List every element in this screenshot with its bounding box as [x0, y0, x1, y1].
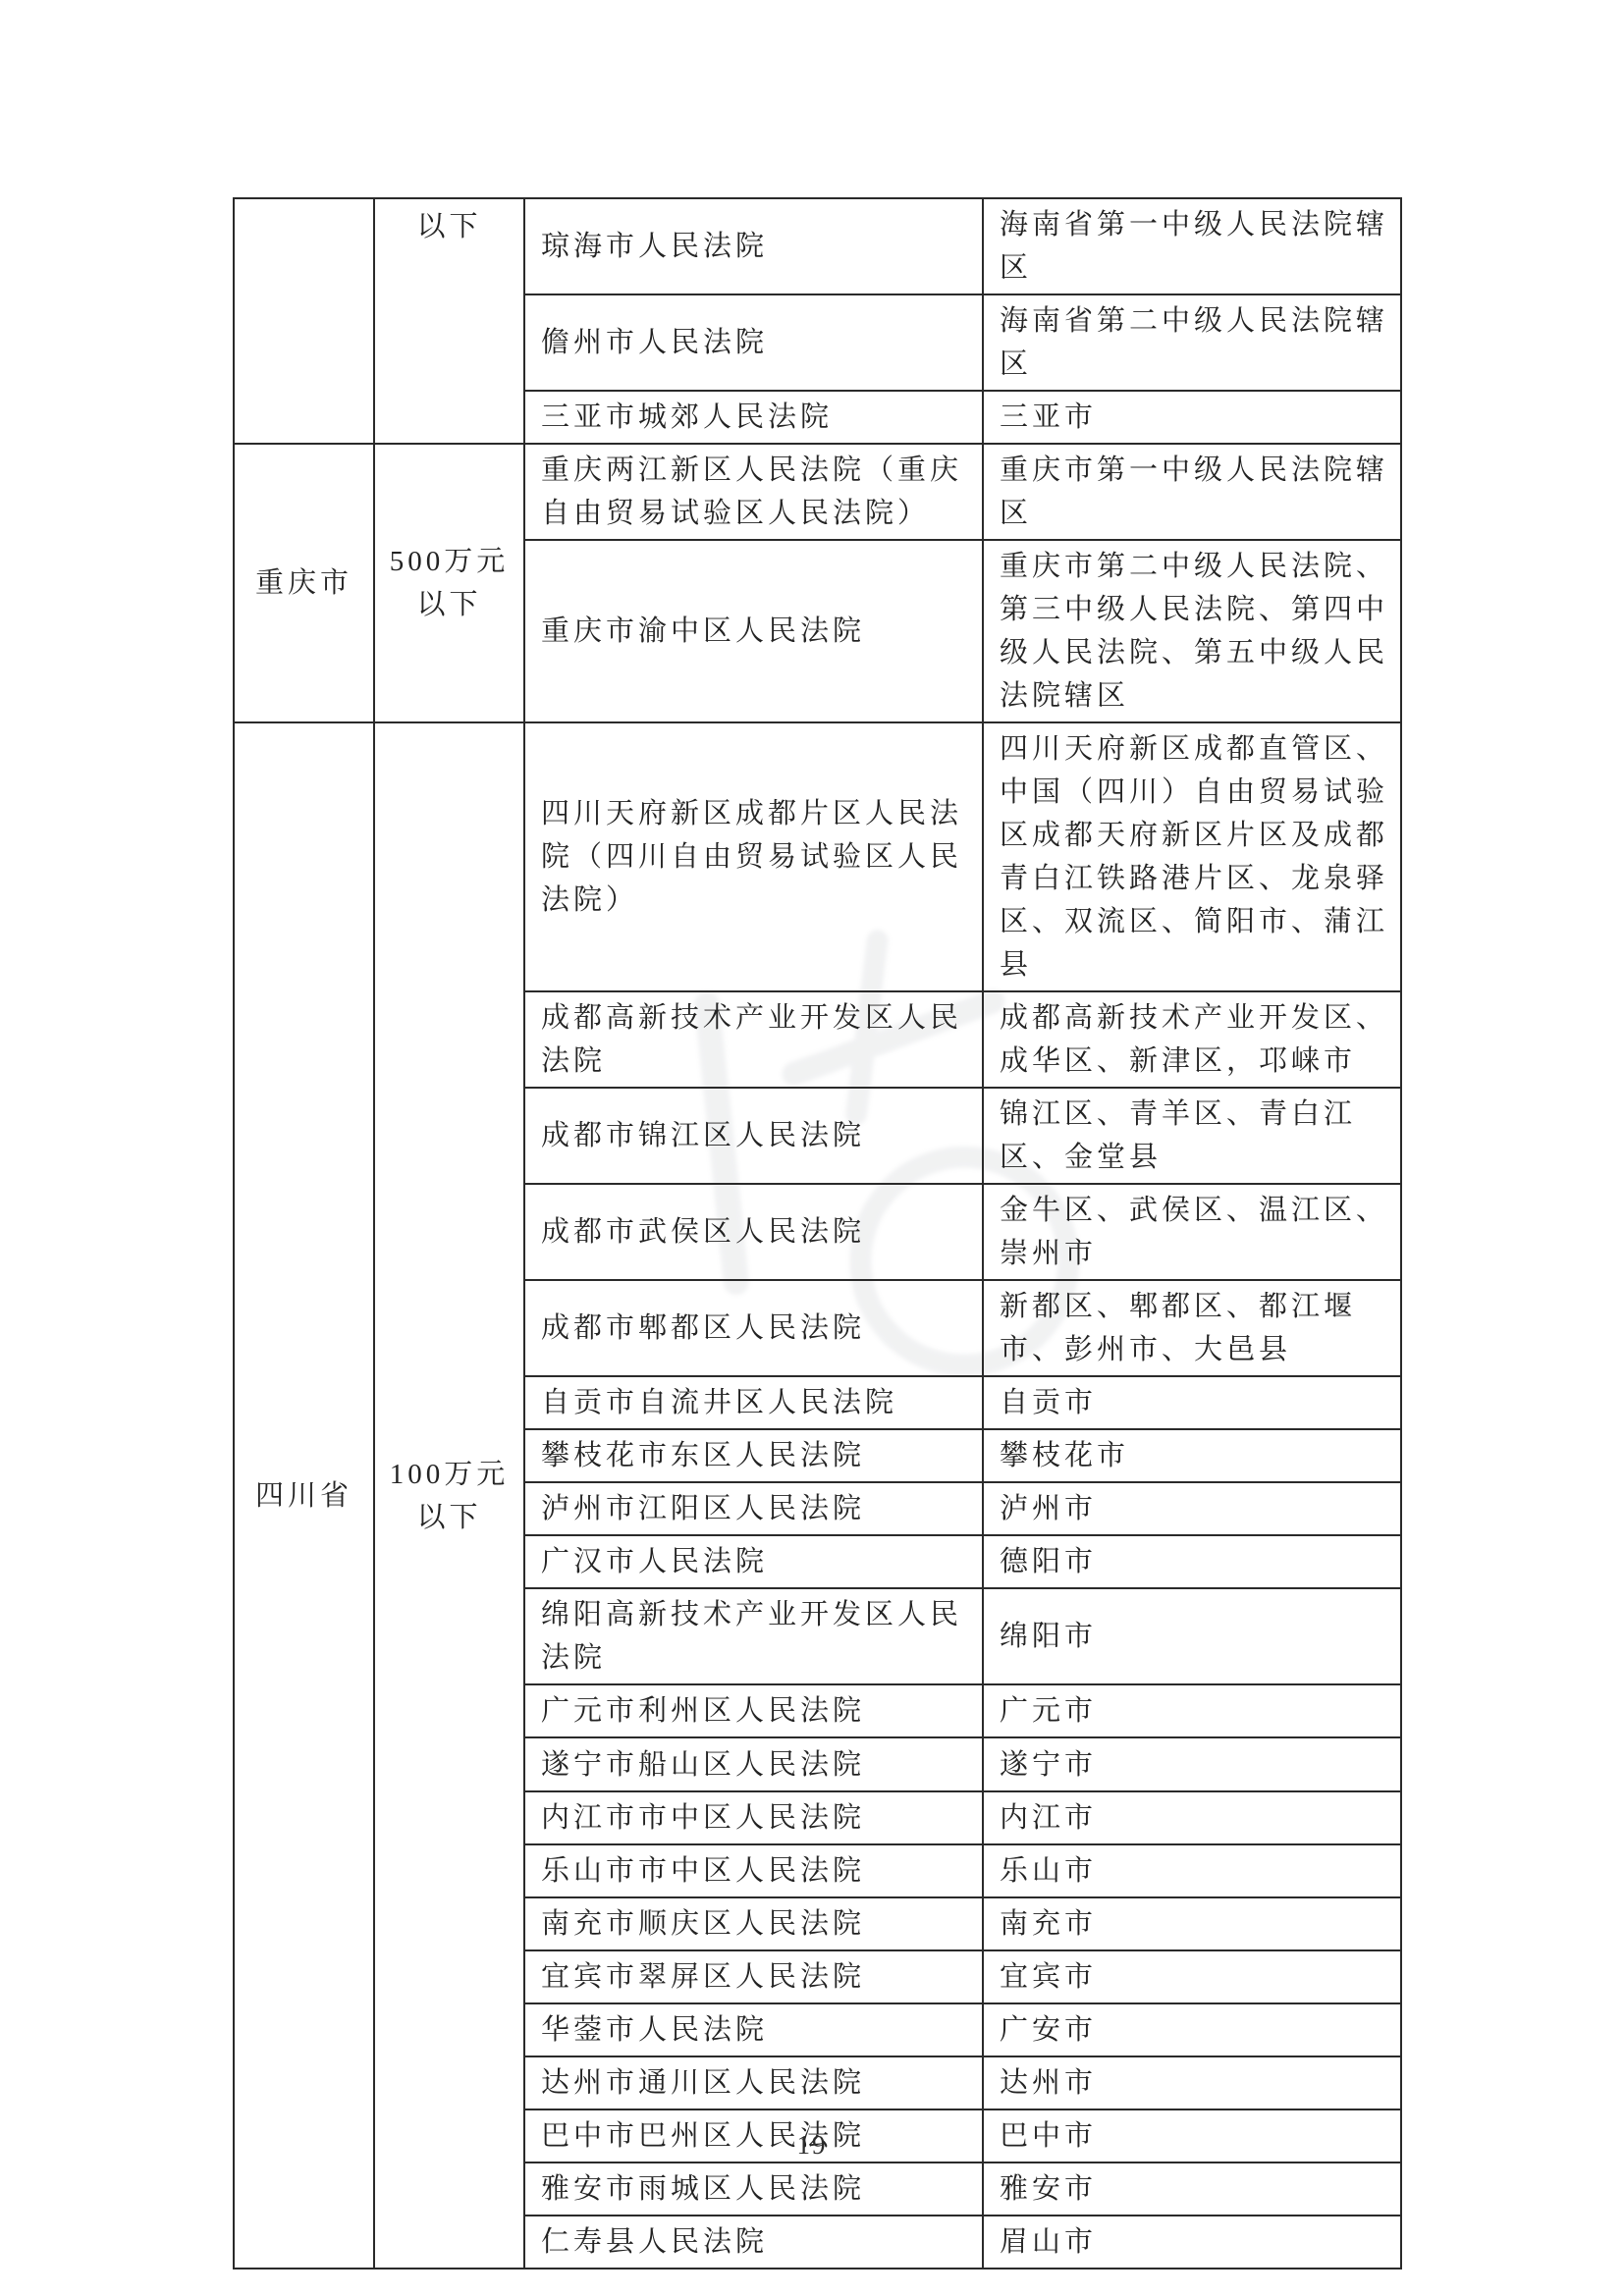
- table-row: 以下琼海市人民法院海南省第一中级人民法院辖区: [234, 198, 1401, 294]
- court-cell: 三亚市城郊人民法院: [524, 391, 983, 444]
- court-cell: 成都市郫都区人民法院: [524, 1280, 983, 1376]
- jurisdiction-cell: 内江市: [983, 1791, 1401, 1844]
- court-cell: 成都高新技术产业开发区人民法院: [524, 991, 983, 1088]
- court-cell: 广元市利州区人民法院: [524, 1684, 983, 1737]
- jurisdiction-cell: 新都区、郫都区、都江堰市、彭州市、大邑县: [983, 1280, 1401, 1376]
- court-cell: 成都市武侯区人民法院: [524, 1184, 983, 1280]
- court-cell: 南充市顺庆区人民法院: [524, 1897, 983, 1950]
- jurisdiction-cell: 成都高新技术产业开发区、成华区、新津区，邛崃市: [983, 991, 1401, 1088]
- court-cell: 自贡市自流井区人民法院: [524, 1376, 983, 1429]
- jurisdiction-cell: 金牛区、武侯区、温江区、崇州市: [983, 1184, 1401, 1280]
- court-cell: 四川天府新区成都片区人民法院（四川自由贸易试验区人民法院）: [524, 722, 983, 991]
- province-cell: [234, 198, 374, 444]
- court-cell: 琼海市人民法院: [524, 198, 983, 294]
- jurisdiction-cell: 自贡市: [983, 1376, 1401, 1429]
- court-cell: 遂宁市船山区人民法院: [524, 1737, 983, 1791]
- province-cell: 四川省: [234, 722, 374, 2269]
- jurisdiction-table: 以下琼海市人民法院海南省第一中级人民法院辖区儋州市人民法院海南省第二中级人民法院…: [233, 197, 1402, 2269]
- province-cell: 重庆市: [234, 444, 374, 722]
- table-row: 四川省100万元以下四川天府新区成都片区人民法院（四川自由贸易试验区人民法院）四…: [234, 722, 1401, 991]
- jurisdiction-cell: 雅安市: [983, 2163, 1401, 2216]
- scanned-document-page: 以下琼海市人民法院海南省第一中级人民法院辖区儋州市人民法院海南省第二中级人民法院…: [0, 0, 1624, 2296]
- jurisdiction-cell: 宜宾市: [983, 1950, 1401, 2003]
- court-cell: 宜宾市翠屏区人民法院: [524, 1950, 983, 2003]
- jurisdiction-cell: 锦江区、青羊区、青白江区、金堂县: [983, 1088, 1401, 1184]
- court-cell: 广汉市人民法院: [524, 1535, 983, 1588]
- jurisdiction-cell: 重庆市第一中级人民法院辖区: [983, 444, 1401, 540]
- court-cell: 内江市市中区人民法院: [524, 1791, 983, 1844]
- court-cell: 雅安市雨城区人民法院: [524, 2163, 983, 2216]
- jurisdiction-cell: 达州市: [983, 2056, 1401, 2109]
- jurisdiction-cell: 攀枝花市: [983, 1429, 1401, 1482]
- jurisdiction-cell: 重庆市第二中级人民法院、第三中级人民法院、第四中级人民法院、第五中级人民法院辖区: [983, 540, 1401, 722]
- jurisdiction-cell: 海南省第二中级人民法院辖区: [983, 294, 1401, 391]
- court-cell: 达州市通川区人民法院: [524, 2056, 983, 2109]
- court-cell: 重庆市渝中区人民法院: [524, 540, 983, 722]
- jurisdiction-cell: 德阳市: [983, 1535, 1401, 1588]
- jurisdiction-cell: 三亚市: [983, 391, 1401, 444]
- court-cell: 绵阳高新技术产业开发区人民法院: [524, 1588, 983, 1684]
- jurisdiction-cell: 遂宁市: [983, 1737, 1401, 1791]
- court-cell: 泸州市江阳区人民法院: [524, 1482, 983, 1535]
- jurisdiction-table-body: 以下琼海市人民法院海南省第一中级人民法院辖区儋州市人民法院海南省第二中级人民法院…: [234, 198, 1401, 2269]
- jurisdiction-cell: 乐山市: [983, 1844, 1401, 1897]
- jurisdiction-cell: 南充市: [983, 1897, 1401, 1950]
- court-cell: 仁寿县人民法院: [524, 2216, 983, 2269]
- jurisdiction-cell: 泸州市: [983, 1482, 1401, 1535]
- jurisdiction-cell: 广元市: [983, 1684, 1401, 1737]
- court-cell: 乐山市市中区人民法院: [524, 1844, 983, 1897]
- court-cell: 重庆两江新区人民法院（重庆自由贸易试验区人民法院）: [524, 444, 983, 540]
- table-row: 重庆市500万元以下重庆两江新区人民法院（重庆自由贸易试验区人民法院）重庆市第一…: [234, 444, 1401, 540]
- jurisdiction-cell: 绵阳市: [983, 1588, 1401, 1684]
- amount-limit-cell: 500万元以下: [374, 444, 524, 722]
- amount-limit-cell: 以下: [374, 198, 524, 444]
- court-cell: 攀枝花市东区人民法院: [524, 1429, 983, 1482]
- page-number: 19: [0, 2130, 1624, 2161]
- jurisdiction-cell: 海南省第一中级人民法院辖区: [983, 198, 1401, 294]
- court-cell: 成都市锦江区人民法院: [524, 1088, 983, 1184]
- jurisdiction-cell: 四川天府新区成都直管区、中国（四川）自由贸易试验区成都天府新区片区及成都青白江铁…: [983, 722, 1401, 991]
- jurisdiction-cell: 眉山市: [983, 2216, 1401, 2269]
- court-cell: 儋州市人民法院: [524, 294, 983, 391]
- jurisdiction-cell: 广安市: [983, 2003, 1401, 2056]
- court-cell: 华蓥市人民法院: [524, 2003, 983, 2056]
- amount-limit-cell: 100万元以下: [374, 722, 524, 2269]
